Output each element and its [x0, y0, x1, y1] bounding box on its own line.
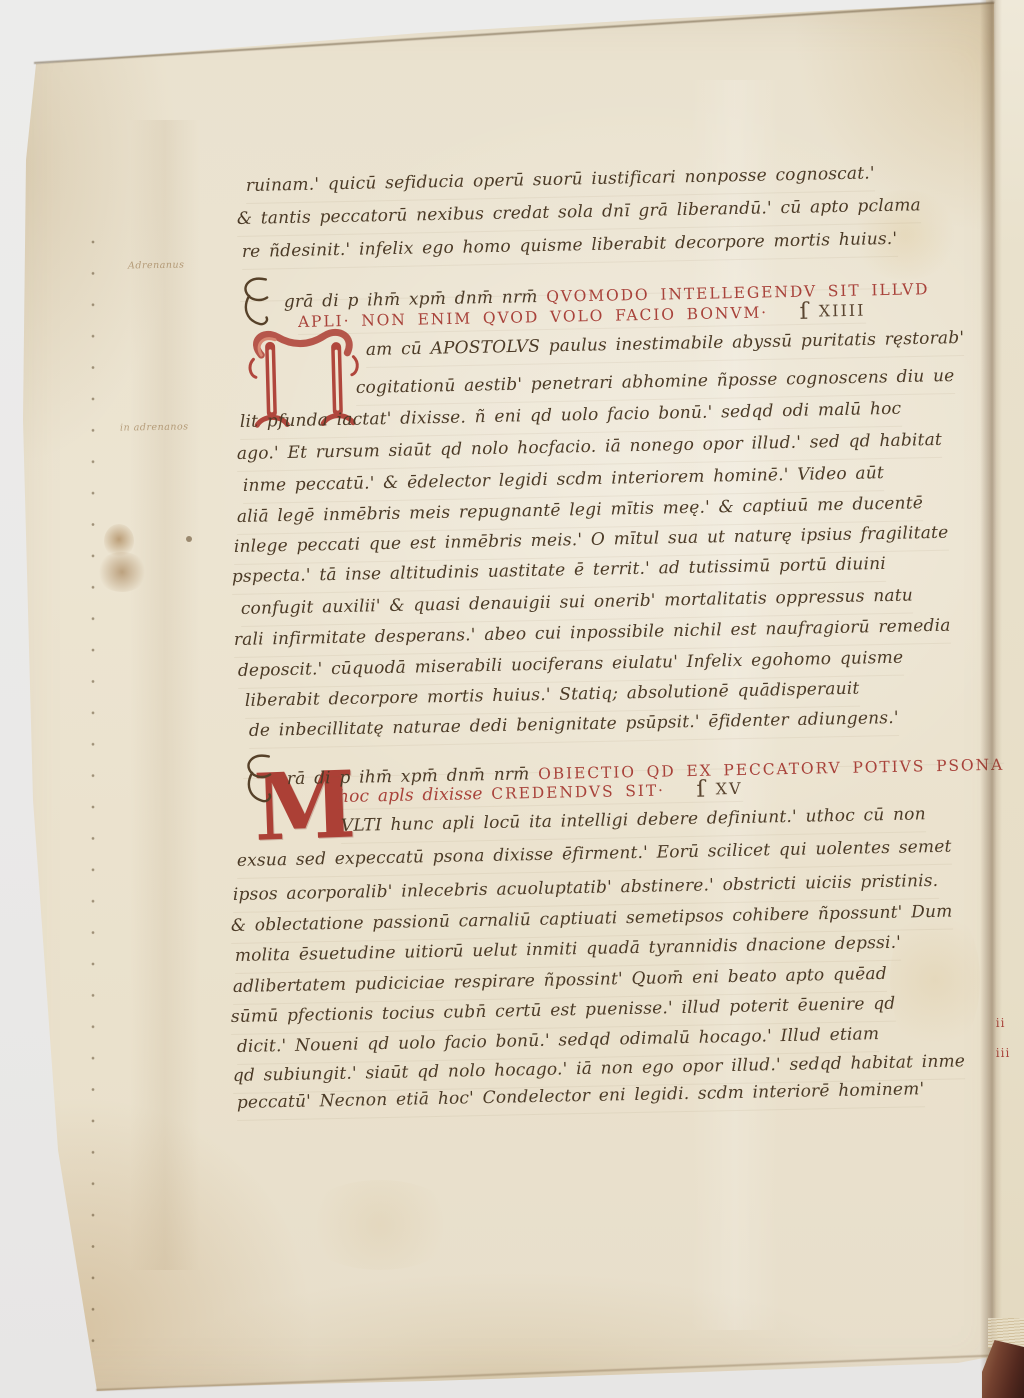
paragraph-mark: ſ — [665, 776, 716, 803]
manuscript-line: am cū APOSTOLVS paulus inestimabile abys… — [366, 328, 965, 368]
rubric-text: CREDENDVS SIT· — [491, 781, 665, 802]
manuscript-photo: puetqviiviii M ruinam.' quicū sefiducia … — [0, 0, 1024, 1398]
rubric-text: APLI· NON ENIM QVOD VOLO FACIO BONVM· — [298, 304, 768, 331]
body-text: ruinam.' quicū sefiducia operū suorū ius… — [246, 163, 875, 196]
gutter-crease-shadow — [980, 0, 1002, 1398]
flourish-initial-icon — [240, 273, 271, 328]
body-text: lit pfunda iactat' dixisse. ñ eni qd uol… — [240, 399, 902, 432]
body-text: VLTI hunc apli locū ita intelligi debere… — [341, 804, 926, 836]
margin-note: in adrenanos — [120, 421, 189, 433]
text-block: ruinam.' quicū sefiducia operū suorū ius… — [0, 0, 1024, 1398]
body-text: cogitationū aestib' penetrari abhomine ñ… — [356, 366, 955, 398]
chapter-number: XV — [715, 779, 742, 799]
flourish-initial-icon — [243, 750, 274, 805]
paragraph-mark: ſ — [768, 299, 819, 326]
rubric-text: hoc apls dixisse — [338, 784, 492, 807]
margin-note: Adrenanus — [128, 260, 185, 272]
chapter-number: XIIII — [819, 301, 866, 321]
body-text: am cū APOSTOLVS paulus inestimabile abys… — [366, 328, 965, 360]
